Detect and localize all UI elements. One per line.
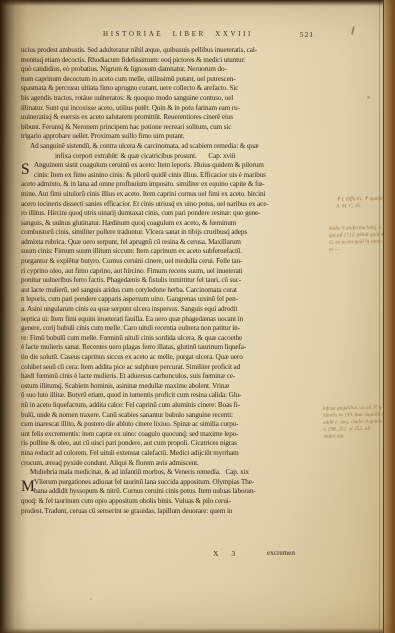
text-block: ucius prodest ambustis. Sed adulteratur … — [21, 46, 337, 516]
text-line: acero iocineris dissecti sanies efficaci… — [21, 200, 337, 210]
text-line-content: prodest. Tradunt, ceruas cū senserint se… — [21, 507, 232, 515]
text-line: illinatur. Sunt qui incoxisse aceto, uti… — [21, 104, 337, 114]
text-line: ū suo luto illitæ. Butyrū etiam, quod in… — [21, 391, 337, 401]
text-line: sanguis, & uulnus glutinatur. Hædinum qu… — [21, 219, 337, 229]
text-line: uulneratisq́ & euersis ex aceto salutare… — [21, 113, 337, 123]
text-line-content: nina reducit ad colorem. Fel uituli exte… — [21, 449, 239, 457]
text-line-content: illinatur. Sunt qui incoxisse aceto, uti… — [21, 104, 240, 112]
text-line: nina reducit ad colorem. Fel uituli exte… — [21, 449, 337, 459]
text-line-content: Anguinem sistit coagulum ceruinū ex acet… — [34, 161, 264, 169]
text-line-content: crocum, æreaq́ pyxide condunt. Aliqui & … — [21, 459, 199, 467]
text-line-content: bana addidit hyssopum & nitrū. Cornus ce… — [34, 487, 255, 495]
text-line-content: bibunt. Feruntq́ & Neronem principem hac… — [21, 123, 231, 131]
text-line: cinis: Item ex fimo asinino cinis: & pil… — [21, 171, 337, 181]
text-line-content: ri cyprino oleo, aut fimo caprino, aut h… — [21, 267, 242, 275]
text-line-content: genere, corij bubuli cinis cum melle. Ca… — [21, 324, 240, 332]
text-line: quò candidius, eò probatius. Nigrum & li… — [21, 65, 337, 75]
fore-edge-strip — [383, 0, 395, 633]
text-line: ponitur uulneribus ferro factis. Phagedæ… — [21, 276, 337, 286]
text-line: ris polline & oleo, aut cū uisci pari po… — [21, 439, 337, 449]
text-line: cohibet seuū cū cera: Item addita pice a… — [21, 363, 337, 373]
text-line-content: mentisq́ etiam decoctis. Rhodiacum fidel… — [21, 56, 246, 64]
text-line-content: septica ui: Item fimi equini inueterati … — [21, 315, 243, 323]
text-line-content: hædi fœminū cinis è lacte mulieris. Et a… — [21, 372, 235, 380]
text-line: trigario approbare uellet. Proximam suil… — [21, 132, 337, 142]
text-line: bis agendis tractos, rotáue uulneratos: … — [21, 94, 337, 104]
gutter-shadow — [0, 0, 28, 633]
text-line: infixa corpori extrahūt: & quæ cicatrici… — [21, 152, 337, 162]
text-line-content: sanguis, & uulnus glutinatur. Hædinum qu… — [21, 219, 236, 227]
text-line: bana addidit hyssopum & nitrū. Cornus ce… — [21, 487, 337, 497]
paper-speck — [367, 96, 370, 99]
text-line: hædi fœminū cinis è lacte mulieris. Et a… — [21, 372, 337, 382]
text-line-content: admixta rubrica. Quæ uero serpunt, fel a… — [21, 238, 241, 246]
running-header-title: HISTORIAE LIBER XXVIII — [22, 30, 334, 38]
text-line-content: a. Asini ungularum cinis ea quæ serpunt … — [21, 305, 237, 313]
text-line: aceto admixto, & in lana ad omne profluu… — [21, 180, 337, 190]
text-line-content: aut lacte mulierū, uel sanguis aridus cu… — [21, 286, 237, 294]
text-line: tio die solutū. Caseus caprinus siccus e… — [21, 353, 337, 363]
text-line-content: ro illitus. Hircini quoq́ utris uinarij … — [21, 209, 260, 217]
text-line: aut lacte mulierū, uel sanguis aridus cu… — [21, 286, 337, 296]
text-line-content: quoq́: & fel taurinum cum opio appositum… — [21, 497, 231, 505]
text-line-content: ucius prodest ambustis. Sed adulteratur … — [21, 46, 257, 54]
text-line: bibunt. Feruntq́ & Neronem principem hac… — [21, 123, 337, 133]
text-line: MVlierum purgationes adiuuat fel taurinū… — [21, 478, 337, 488]
text-line-content: cohibet seuū cū cera: Item addita pice a… — [21, 363, 240, 371]
quire-signature: X 3 — [213, 549, 236, 558]
text-line: nū in aceto liquefactum, addita calce: F… — [21, 401, 337, 411]
text-line-content: Ad sanguinē sistendū, & contra ulcera & … — [30, 142, 259, 150]
text-line: num caprinum decoctum in aceto cum melle… — [21, 75, 337, 85]
text-line: unt felis excrementis: item capræ ex uin… — [21, 430, 337, 440]
text-line: Ad sanguinē sistendū, & contra ulcera & … — [21, 142, 337, 152]
text-line: combustorū cinis, similiter pollere trad… — [21, 228, 337, 238]
text-line: genere, corij bubuli cinis cum melle. Ca… — [21, 324, 337, 334]
text-line: a. Asini ungularum cinis ea quæ serpunt … — [21, 305, 337, 315]
text-line: Muliebria mala medicinæ, & ad infantiū m… — [21, 468, 337, 478]
text-line: admixta rubrica. Quæ uero serpunt, fel a… — [21, 238, 337, 248]
text-line-content: aceto admixto, & in lana ad omne profluu… — [21, 180, 265, 188]
paper-speck — [90, 598, 92, 600]
text-line-content: bis agendis tractos, rotáue uulneratos: … — [21, 94, 233, 102]
text-line-content: combustorū cinis, similiter pollere trad… — [21, 228, 247, 236]
page-edge-crease — [379, 0, 380, 633]
text-line: purgantur & explētur butyro. Cornus ceru… — [21, 257, 337, 267]
catchword: excremen — [267, 549, 295, 557]
text-line-content: nū in aceto liquefactum, addita calce: F… — [21, 401, 240, 409]
text-line-content: Muliebria mala medicinæ, & ad infantiū m… — [30, 468, 249, 476]
text-line: spasmata & percussu uitiata fimo aprugno… — [21, 84, 337, 94]
text-line-content: spasmata & percussu uitiata fimo aprugno… — [21, 84, 238, 92]
text-line-content: cinis: Item ex fimo asinino cinis: & pil… — [34, 171, 266, 179]
signature-row: X 3 excremen — [21, 549, 337, 559]
text-line-content: uulneratisq́ & euersis ex aceto salutare… — [21, 113, 233, 121]
text-line: cum inarescat illito, & postero die ablu… — [21, 420, 337, 430]
running-header: HISTORIAE LIBER XXVIII 521 — [22, 30, 334, 42]
text-line: mentisq́ etiam decoctis. Rhodiacum fidel… — [21, 56, 337, 66]
ink-mark — [351, 26, 355, 35]
text-line-content: ris polline & oleo, aut cū uisci pari po… — [21, 439, 237, 447]
text-line-content: ū suo luto illitæ. Butyrū etiam, quod in… — [21, 391, 241, 399]
text-line: ostum illitumq́. Scabiem hominis, asinin… — [21, 382, 337, 392]
text-line-content: ponitur uulneribus ferro factis. Phagedæ… — [21, 276, 241, 284]
text-line-content: trigario approbare uellet. Proximam suil… — [21, 132, 185, 140]
text-line: crocum, æreaq́ pyxide condunt. Aliqui & … — [21, 459, 337, 469]
top-edge-shadow — [0, 0, 395, 6]
book-page: HISTORIAE LIBER XXVIII 521 ucius prodest… — [0, 0, 395, 633]
text-line-content: è lacte mulieris sanat. Recentes uero pl… — [21, 343, 246, 351]
text-line-content: acero iocineris dissecti sanies efficaci… — [21, 200, 269, 208]
text-line: mine. Aut fimi uitulorū cinis illius ex … — [21, 190, 337, 200]
text-line-content: quò candidius, eò probatius. Nigrum & li… — [21, 65, 227, 73]
text-line-content: unt felis excrementis: item capræ ex uin… — [21, 430, 238, 438]
text-line-content: re: Fimū bubulū cum melle. Fœminū uituli… — [21, 334, 242, 342]
text-line-content: num caprinum decoctum in aceto cum melle… — [21, 75, 236, 83]
text-line: ucius prodest ambustis. Sed adulteratur … — [21, 46, 337, 56]
text-line: prodest. Tradunt, ceruas cū senserint se… — [21, 507, 337, 517]
text-line: SAnguinem sistit coagulum ceruinū ex ace… — [21, 161, 337, 171]
text-line-content: cum inarescat illito, & postero die ablu… — [21, 420, 238, 428]
bottom-edge-shadow — [0, 628, 395, 633]
text-line: bulū, unde & nomen traxere. Canū scabies… — [21, 411, 337, 421]
text-line-content: tio die solutū. Caseus caprinus siccus e… — [21, 353, 243, 361]
text-line-content: suum cinis: Fimum suum illitum siccum: I… — [21, 247, 242, 255]
text-line-content: purgantur & explētur butyro. Cornus ceru… — [21, 257, 242, 265]
text-line-content: mine. Aut fimi uitulorū cinis illius ex … — [21, 190, 265, 198]
text-line-content: Vlierum purgationes adiuuat fel taurinū … — [34, 478, 254, 486]
text-line: suum cinis: Fimum suum illitum siccum: I… — [21, 247, 337, 257]
text-line: ro illitus. Hircini quoq́ utris uinarij … — [21, 209, 337, 219]
text-line: n leporis, cum pari pondere capparis asp… — [21, 295, 337, 305]
text-line: è lacte mulieris sanat. Recentes uero pl… — [21, 343, 337, 353]
text-line: re: Fimū bubulū cum melle. Fœminū uituli… — [21, 334, 337, 344]
page-number: 521 — [300, 30, 314, 39]
text-line: quoq́: & fel taurinum cum opio appositum… — [21, 497, 337, 507]
text-line: septica ui: Item fimi equini inueterati … — [21, 315, 337, 325]
text-line-content: bulū, unde & nomen traxere. Canū scabies… — [21, 411, 233, 419]
text-line-content: ostum illitumq́. Scabiem hominis, asinin… — [21, 382, 229, 390]
text-line: ri cyprino oleo, aut fimo caprino, aut h… — [21, 267, 337, 277]
text-line-content: infixa corpori extrahūt: & quæ cicatrici… — [55, 152, 236, 160]
text-line-content: n leporis, cum pari pondere capparis asp… — [21, 295, 238, 303]
